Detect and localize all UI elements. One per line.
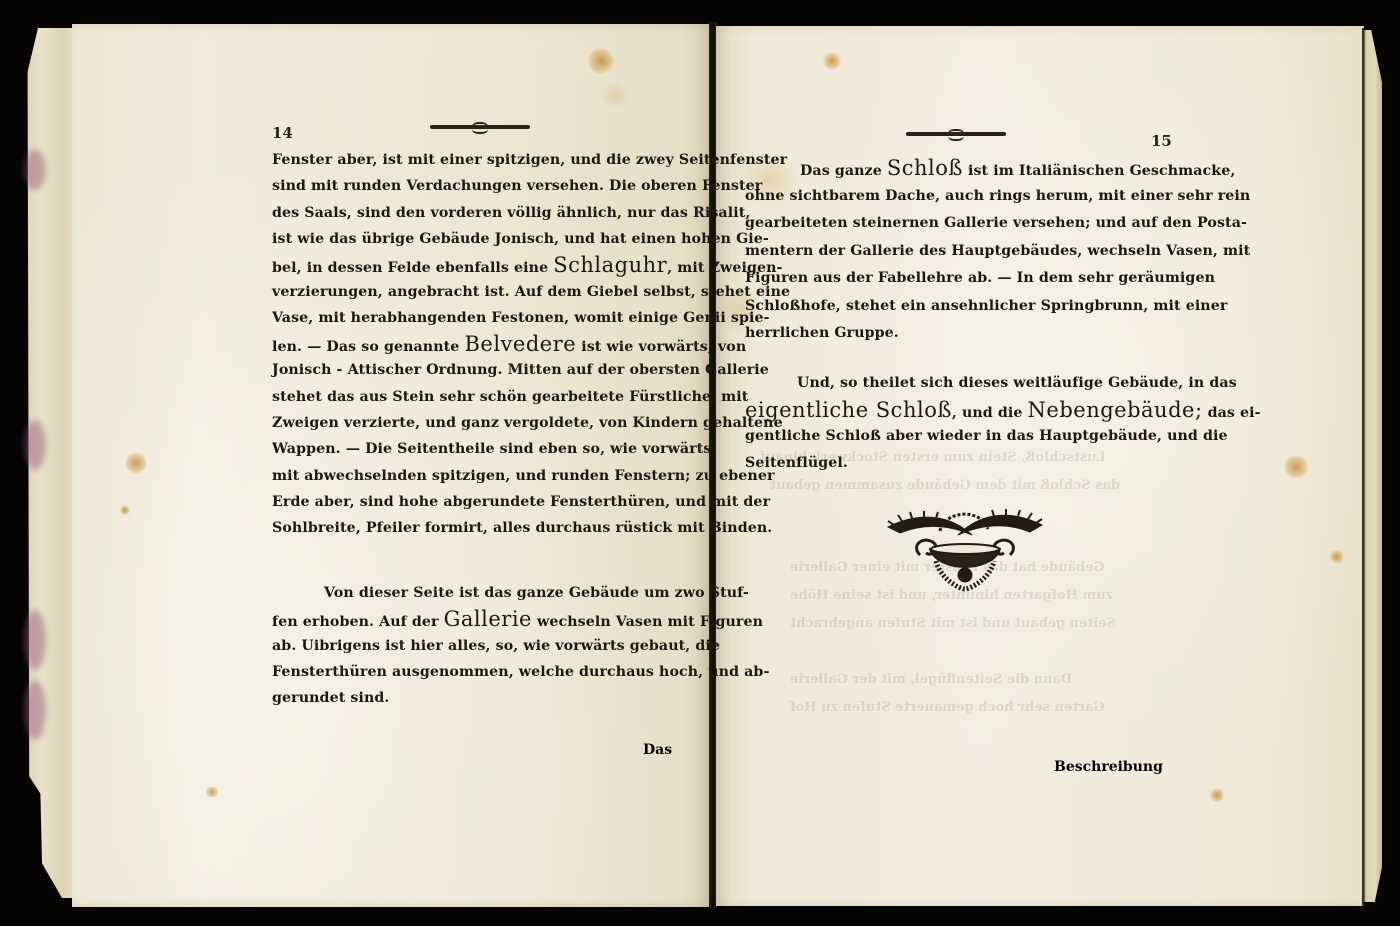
emphasized-word: Schloß [887,156,963,180]
text-line: ab. Uibrigens ist hier alles, so, wie vo… [272,633,690,659]
text-run: gerundet sind. [272,690,389,706]
bleed-through-text: Dann die Seitenflügel, mit der Gallerie [790,672,1072,687]
text-run: Zweigen verzierte, und ganz vergoldete, … [272,415,783,431]
foxing-spot [823,52,841,70]
foxing-spot [1210,788,1224,802]
text-run: Schloßhofe, stehet ein ansehnlicher Spri… [745,298,1227,314]
text-run: Das ganze [800,163,887,179]
text-line: gerundet sind. [272,685,389,711]
text-line: Vase, mit herabhangenden Festonen, womit… [272,305,690,331]
emphasized-word: Nebengebäude; [1028,398,1203,422]
page-number-left: 14 [272,124,293,142]
text-line: herrlichen Gruppe. [745,320,899,346]
text-line: Von dieser Seite ist das ganze Gebäude u… [324,580,690,606]
text-run: stehet das aus Stein sehr schön gearbeit… [272,389,748,405]
right-page-stack-edge [1364,30,1382,902]
text-line: gearbeiteten steinernen Gallerie versehe… [745,210,1165,236]
text-line: Erde aber, sind hohe abgerundete Fenster… [272,489,690,515]
text-run: ist wie vorwärts, von [576,339,746,355]
foxing-spot [206,786,218,798]
text-line: mit abwechselnden spitzigen, und runden … [272,463,690,489]
text-run: Sohlbreite, Pfeiler formirt, alles durch… [272,520,772,536]
emphasized-word: Gallerie [444,607,532,631]
text-run: Fensterthüren ausgenommen, welche durcha… [272,664,769,680]
text-line: ohne sichtbarem Dache, auch rings herum,… [745,183,1165,209]
text-line: verzierungen, angebracht ist. Auf dem Gi… [272,279,690,305]
catchword-left: Das [643,742,672,758]
page-number-right: 15 [1151,132,1172,150]
ink-stain [24,150,46,190]
text-run: Und, so theilet sich dieses weitläufige … [797,375,1237,391]
emphasized-word: Schlaguhr [553,253,667,277]
text-run: verzierungen, angebracht ist. Auf dem Gi… [272,284,790,300]
text-line: gentliche Schloß aber wieder in das Haup… [745,423,1165,449]
text-run: wechseln Vasen mit Figuren [532,614,763,630]
foxing-spot [1330,550,1344,564]
text-run: len. — Das so genannte [272,339,464,355]
text-run: Von dieser Seite ist das ganze Gebäude u… [324,585,749,601]
text-line: Das ganze Schloß ist im Italiänischen Ge… [800,155,1165,184]
text-run: sind mit runden Verdachungen versehen. D… [272,178,762,194]
text-run: Seitenflügel. [745,455,848,471]
text-run: herrlichen Gruppe. [745,325,899,341]
ink-stain [24,610,46,670]
bleed-through-text: Garten sehr hoch gemauerte Stufen zu Hof [790,700,1105,715]
text-run: ohne sichtbarem Dache, auch rings herum,… [745,188,1250,204]
emphasized-word: eigentliche Schloß [745,398,952,422]
foxing-spot [588,48,614,74]
text-run: mit abwechselnden spitzigen, und runden … [272,468,775,484]
text-run: Erde aber, sind hohe abgerundete Fenster… [272,494,770,510]
text-line: Und, so theilet sich dieses weitläufige … [797,370,1165,396]
text-line: sind mit runden Verdachungen versehen. D… [272,173,690,199]
text-run: ist wie das übrige Gebäude Jonisch, und … [272,231,769,247]
text-line: Wappen. — Die Seitentheile sind eben so,… [272,436,690,462]
text-line: eigentliche Schloß, und die Nebengebäude… [745,397,1165,426]
text-run: , und die [952,405,1028,421]
text-run: gearbeiteten steinernen Gallerie versehe… [745,215,1247,231]
foxing-spot [120,505,130,515]
text-line: fen erhoben. Auf der Gallerie wechseln V… [272,606,690,635]
text-line: mentern der Gallerie des Hauptgebäudes, … [745,238,1165,264]
text-run: das ei- [1203,405,1261,421]
bleed-through-text: das Schloß mit dem Gebäude zusammen geba… [770,478,1120,493]
text-line: des Saals, sind den vorderen völlig ähnl… [272,200,690,226]
text-run: des Saals, sind den vorderen völlig ähnl… [272,205,750,221]
emphasized-word: Belvedere [464,332,576,356]
text-line: Zweigen verzierte, und ganz vergoldete, … [272,410,690,436]
text-line: Figuren aus der Fabellehre ab. — In dem … [745,265,1165,291]
text-line: bel, in dessen Felde ebenfalls eine Schl… [272,252,690,281]
text-line: Jonisch - Attischer Ordnung. Mitten auf … [272,357,690,383]
text-line: len. — Das so genannte Belvedere ist wie… [272,331,690,360]
text-run: Fenster aber, ist mit einer spitzigen, u… [272,152,787,168]
bleed-through-text: Seiten gebaut und ist mit Stufen angebra… [790,616,1116,631]
text-run: Figuren aus der Fabellehre ab. — In dem … [745,270,1215,286]
text-line: Seitenflügel. [745,450,848,476]
text-line: Fensterthüren ausgenommen, welche durcha… [272,659,690,685]
ink-stain [24,680,46,740]
header-ornament-rule [906,132,1006,136]
text-run: mentern der Gallerie des Hauptgebäudes, … [745,243,1250,259]
text-run: bel, in dessen Felde ebenfalls eine [272,260,553,276]
right-page-edge-line [1362,28,1364,906]
text-line: Schloßhofe, stehet ein ansehnlicher Spri… [745,293,1165,319]
text-run: ab. Uibrigens ist hier alles, so, wie vo… [272,638,720,654]
foxing-spot [125,452,147,474]
text-line: stehet das aus Stein sehr schön gearbeit… [272,384,690,410]
text-run: Jonisch - Attischer Ordnung. Mitten auf … [272,362,769,378]
vignette-ornament-icon [880,505,1050,595]
ink-stain [24,420,46,470]
text-line: Fenster aber, ist mit einer spitzigen, u… [272,147,690,173]
catchword-right: Beschreibung [1054,759,1163,775]
text-run: ist im Italiänischen Geschmacke, [963,163,1235,179]
header-ornament-rule [430,125,530,129]
foxing-spot [600,80,630,110]
text-run: Wappen. — Die Seitentheile sind eben so,… [272,441,717,457]
foxing-spot [1284,455,1308,479]
text-line: Sohlbreite, Pfeiler formirt, alles durch… [272,515,690,541]
text-line: ist wie das übrige Gebäude Jonisch, und … [272,226,690,252]
text-run: gentliche Schloß aber wieder in das Haup… [745,428,1228,444]
text-run: fen erhoben. Auf der [272,614,444,630]
open-book: Lustschloß, Stein zum ersten Stockwerk h… [0,0,1400,926]
text-run: Vase, mit herabhangenden Festonen, womit… [272,310,770,326]
